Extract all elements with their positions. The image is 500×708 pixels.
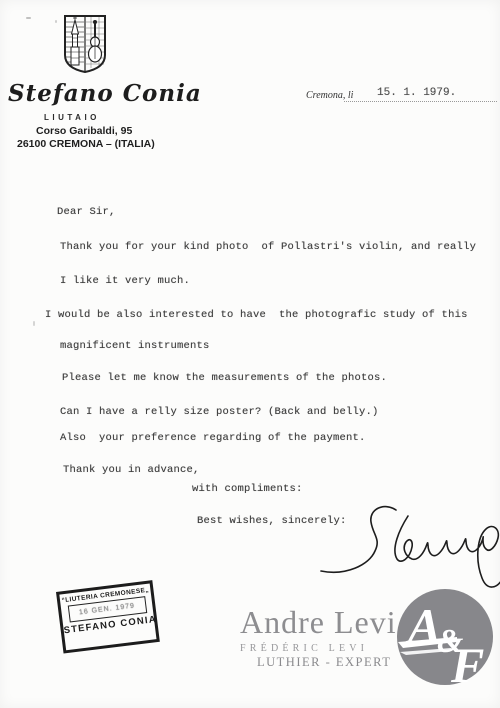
body-line: magnificent instruments [60, 340, 210, 352]
body-line: Thank you in advance, [63, 464, 200, 476]
body-line: Dear Sir, [57, 206, 116, 218]
signature-handwriting-icon [318, 498, 500, 600]
body-line: I would be also interested to have the p… [45, 309, 468, 321]
stamp-date: 16 GEN. 1979 [79, 603, 136, 617]
body-line: Also your preference regarding of the pa… [60, 432, 366, 444]
letterhead-name: Stefano Conia [8, 80, 168, 107]
letterhead-address-street: Corso Garibaldi, 95 [36, 125, 132, 137]
scanned-letter-page: Stefano Conia LIUTAIO Corso Garibaldi, 9… [0, 0, 500, 708]
monogram-letter-f: F [450, 637, 484, 688]
body-line: Please let me know the measurements of t… [62, 372, 387, 384]
dateline-date: 15. 1. 1979. [377, 87, 456, 99]
watermark-subname: FRÉDÉRIC LEVI [240, 643, 368, 654]
scan-artifact [55, 20, 57, 23]
crest-shield-icon [62, 13, 108, 75]
watermark-title: LUTHIER - EXPERT [257, 655, 391, 670]
watermark-name: Andre Levi [240, 604, 397, 641]
body-line: Can I have a relly size poster? (Back an… [60, 406, 379, 418]
ink-stamp: “LIUTERIA CREMONESE„ 16 GEN. 1979 STEFAN… [56, 580, 160, 653]
scan-artifact [33, 321, 35, 326]
body-line: I like it very much. [60, 275, 190, 287]
body-line: Thank you for your kind photo of Pollast… [60, 241, 476, 253]
letterhead-address-city: 26100 CREMONA – (ITALIA) [17, 138, 155, 150]
af-monogram-logo-icon: A & F [395, 588, 495, 688]
letterhead-profession: LIUTAIO [44, 113, 100, 122]
scan-artifact [26, 17, 31, 19]
body-line: with compliments: [192, 483, 303, 495]
